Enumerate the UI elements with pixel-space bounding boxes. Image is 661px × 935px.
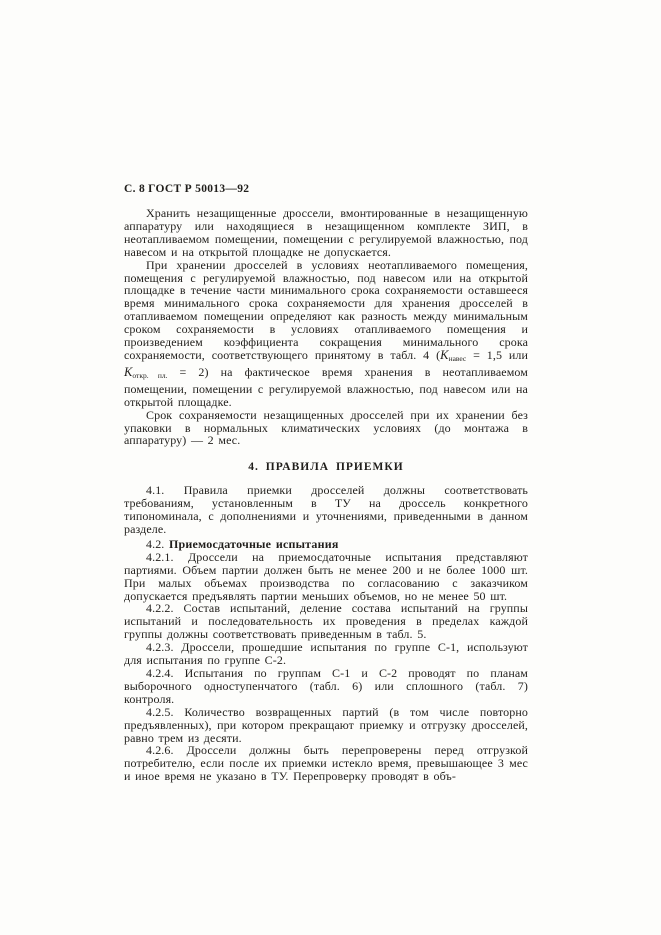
k-open-area-coefficient: Коткр. пл. (124, 365, 168, 379)
k-open-area-subscript: откр. пл. (132, 371, 167, 380)
paragraph-4-2-1: 4.2.1. Дроссели на приемосдаточные испыт… (124, 551, 528, 603)
subsection-title: Приемосдаточные испытания (169, 537, 339, 551)
paragraph-storage-prohibited: Хранить незащищенные дроссели, вмонтиров… (124, 207, 528, 259)
section-4-heading: 4. ПРАВИЛА ПРИЕМКИ (124, 461, 528, 474)
text-run: = 2) на фактическое время хранения в нео… (124, 365, 528, 409)
subsection-4-2-heading: 4.2. Приемосдаточные испытания (124, 538, 528, 551)
paragraph-4-2-5: 4.2.5. Количество возвращенных партий (в… (124, 706, 528, 745)
k-symbol: К (440, 348, 448, 362)
paragraph-storage-calculation: При хранении дросселей в условиях неотап… (124, 259, 528, 409)
running-header: С. 8 ГОСТ Р 50013—92 (124, 183, 528, 195)
subsection-number: 4.2. (146, 537, 169, 551)
k-canopy-subscript: навес (449, 354, 467, 363)
text-run: = 1,5 или (466, 348, 528, 362)
paragraph-4-2-6: 4.2.6. Дроссели должны быть перепроверен… (124, 744, 528, 783)
document-page: С. 8 ГОСТ Р 50013—92 Хранить незащищенны… (0, 0, 661, 935)
text-block: С. 8 ГОСТ Р 50013—92 Хранить незащищенны… (124, 183, 528, 783)
paragraph-shelf-life: Срок сохраняемости незащищенных дросселе… (124, 409, 528, 448)
paragraph-4-1: 4.1. Правила приемки дросселей должны со… (124, 484, 528, 536)
text-run: При хранении дросселей в условиях неотап… (124, 258, 528, 362)
paragraph-4-2-2: 4.2.2. Состав испытаний, деление состава… (124, 602, 528, 641)
paragraph-4-2-3: 4.2.3. Дроссели, прошедшие испытания по … (124, 641, 528, 667)
paragraph-4-2-4: 4.2.4. Испытания по группам С-1 и С-2 пр… (124, 667, 528, 706)
k-canopy-coefficient: Кнавес (440, 348, 466, 362)
